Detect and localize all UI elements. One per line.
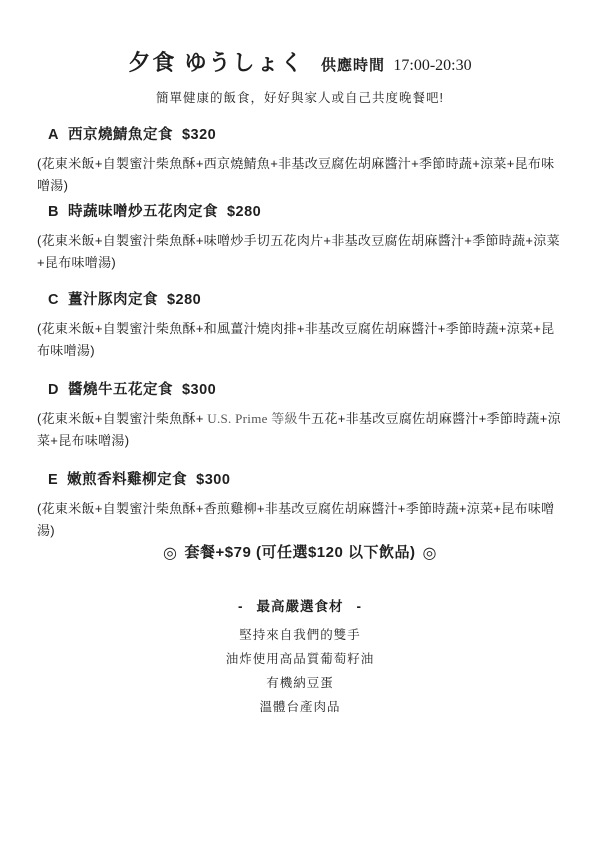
item-description: (花東米飯+自製蜜汁柴魚酥+西京燒鯖魚+非基改豆腐佐胡麻醬汁+季節時蔬+涼菜+昆… — [37, 153, 567, 197]
menu-item-header: E嫩煎香料雞柳定食$300 — [37, 471, 567, 489]
item-name: 西京燒鯖魚定食 — [68, 127, 173, 143]
item-price: $300 — [196, 472, 230, 488]
item-description: (花東米飯+自製蜜汁柴魚酥+香煎雞柳+非基改豆腐佐胡麻醬汁+季節時蔬+涼菜+昆布… — [37, 498, 567, 542]
service-hours-time: 17:00-20:30 — [393, 57, 471, 74]
combo-promo: ◎套餐+$79 (可任選$120 以下飲品)◎ — [0, 541, 600, 563]
item-code: B — [48, 204, 59, 220]
menu-item-c: C薑汁豚肉定食$280 (花東米飯+自製蜜汁柴魚酥+和風薑汁燒肉排+非基改豆腐佐… — [37, 291, 567, 362]
ingredients-heading-text: 最高嚴選食材 — [257, 599, 344, 614]
item-name: 醬燒牛五花定食 — [68, 382, 173, 398]
ingredient-line: 堅持來自我們的雙手 — [0, 623, 600, 647]
item-price: $300 — [182, 382, 216, 398]
heading-dash-left: - — [238, 599, 244, 614]
item-description: (花東米飯+自製蜜汁柴魚酥+ U.S. Prime 等級牛五花+非基改豆腐佐胡麻… — [37, 408, 567, 452]
item-name: 嫩煎香料雞柳定食 — [67, 472, 187, 488]
item-description: (花東米飯+自製蜜汁柴魚酥+味噌炒手切五花肉片+非基改豆腐佐胡麻醬汁+季節時蔬+… — [37, 230, 567, 274]
menu-item-header: A西京燒鯖魚定食$320 — [37, 126, 567, 144]
item-price: $280 — [227, 204, 261, 220]
item-code: A — [48, 127, 59, 143]
item-price: $280 — [167, 292, 201, 308]
menu-item-d: D醬燒牛五花定食$300 (花東米飯+自製蜜汁柴魚酥+ U.S. Prime 等… — [37, 381, 567, 452]
menu-title-line: 夕食 ゆうしょく 供應時間 17:00-20:30 — [0, 46, 600, 77]
menu-item-header: D醬燒牛五花定食$300 — [37, 381, 567, 399]
ingredient-line: 油炸使用高品質葡萄籽油 — [0, 647, 600, 671]
item-description: (花東米飯+自製蜜汁柴魚酥+和風薑汁燒肉排+非基改豆腐佐胡麻醬汁+季節時蔬+涼菜… — [37, 318, 567, 362]
ingredients-list: 堅持來自我們的雙手 油炸使用高品質葡萄籽油 有機納豆蛋 溫體台產肉品 — [0, 623, 600, 719]
menu-header: 夕食 ゆうしょく 供應時間 17:00-20:30 簡單健康的飯食，好好與家人或… — [0, 46, 600, 106]
item-code: D — [48, 382, 59, 398]
menu-item-e: E嫩煎香料雞柳定食$300 (花東米飯+自製蜜汁柴魚酥+香煎雞柳+非基改豆腐佐胡… — [37, 471, 567, 542]
menu-item-header: B時蔬味噌炒五花肉定食$280 — [37, 203, 567, 221]
menu-item-a: A西京燒鯖魚定食$320 (花東米飯+自製蜜汁柴魚酥+西京燒鯖魚+非基改豆腐佐胡… — [37, 126, 567, 197]
item-price: $320 — [182, 127, 216, 143]
item-name: 時蔬味噌炒五花肉定食 — [68, 204, 218, 220]
item-code: C — [48, 292, 59, 308]
ingredient-line: 溫體台產肉品 — [0, 695, 600, 719]
combo-promo-text: 套餐+$79 (可任選$120 以下飲品) — [185, 544, 416, 561]
ingredients-heading: -最高嚴選食材- — [0, 598, 600, 616]
item-code: E — [48, 472, 58, 488]
ingredients-section: -最高嚴選食材- 堅持來自我們的雙手 油炸使用高品質葡萄籽油 有機納豆蛋 溫體台… — [0, 598, 600, 719]
item-description-prefix: (花東米飯+自製蜜汁柴魚酥+ — [37, 411, 204, 426]
double-circle-icon: ◎ — [163, 545, 177, 562]
item-name: 薑汁豚肉定食 — [68, 292, 158, 308]
double-circle-icon: ◎ — [422, 545, 436, 562]
menu-item-header: C薑汁豚肉定食$280 — [37, 291, 567, 309]
menu-title: 夕食 ゆうしょく — [128, 50, 304, 75]
heading-dash-right: - — [357, 599, 363, 614]
ingredient-line: 有機納豆蛋 — [0, 671, 600, 695]
menu-item-b: B時蔬味噌炒五花肉定食$280 (花東米飯+自製蜜汁柴魚酥+味噌炒手切五花肉片+… — [37, 203, 567, 274]
menu-subtitle: 簡單健康的飯食，好好與家人或自己共度晚餐吧! — [0, 88, 600, 106]
dinner-menu-page: 夕食 ゆうしょく 供應時間 17:00-20:30 簡單健康的飯食，好好與家人或… — [0, 0, 600, 850]
service-hours-label: 供應時間 — [321, 57, 385, 74]
us-prime-grade-label: U.S. Prime 等級 — [204, 411, 298, 426]
